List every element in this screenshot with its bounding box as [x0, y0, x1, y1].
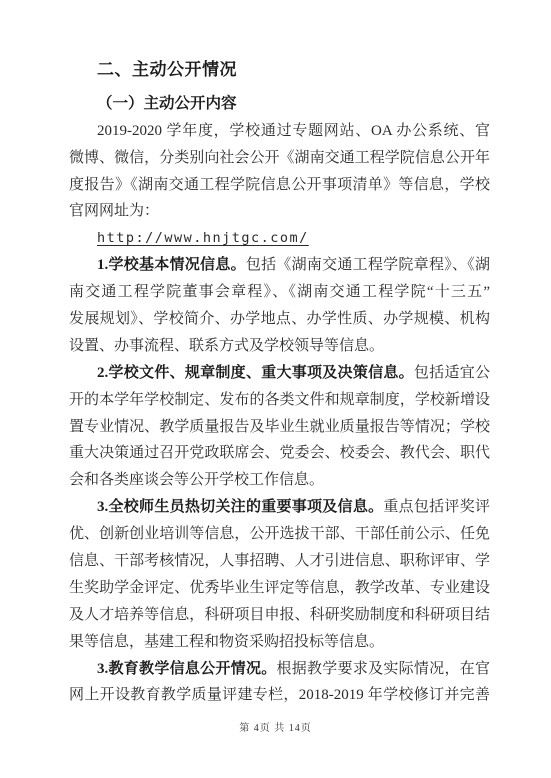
text-line: 果等信息，基建工程和物资采购招投标等信息。	[69, 629, 490, 656]
text-line: 1.学校基本情况信息。包括《湖南交通工程学院章程》、《湖	[69, 252, 490, 279]
text-line: 置专业情况、教学质量报告及毕业生就业质量报告等情况；学校	[69, 414, 490, 441]
bold-text-run: 2.学校文件、规章制度、重大事项及决策信息。	[97, 365, 414, 381]
text-run: 微博、微信，分类别向社会公开《湖南交通工程学院信息公开年	[69, 150, 490, 166]
text-line: 网上开设教育教学质量评建专栏，2018-2019 年学校修订并完善	[69, 682, 490, 709]
text-run: 重点包括评奖评	[383, 499, 490, 515]
text-line: 3.教育教学信息公开情况。根据教学要求及实际情况，在官	[69, 656, 490, 683]
text-run: 果等信息，基建工程和物资采购招投标等信息。	[69, 634, 384, 650]
text-run: 度报告》《湖南交通工程学院信息公开事项清单》等信息，学校	[69, 177, 490, 193]
subsection-heading: （一）主动公开内容	[69, 91, 490, 118]
bold-text-run: （一）主动公开内容	[97, 95, 237, 112]
text-line: 2019-2020 学年度，学校通过专题网站、OA 办公系统、官方	[69, 118, 490, 145]
text-run: 网上开设教育教学质量评建专栏，2018-2019 年学校修订并完善	[69, 687, 490, 703]
text-line: 微博、微信，分类别向社会公开《湖南交通工程学院信息公开年	[69, 145, 490, 172]
text-run: 置专业情况、教学质量报告及毕业生就业质量报告等情况；学校	[69, 419, 490, 435]
text-run: 重大决策通过召开党政联席会、党委会、校委会、教代会、职代	[69, 445, 490, 461]
page-number-footer: 第 4页 共 14页	[0, 719, 551, 734]
text-run: 会和各类座谈会等公开学校工作信息。	[69, 472, 324, 488]
text-run: 开的本学年学校制定、发布的各类文件和规章制度，学校新增设	[69, 392, 490, 408]
text-run: 设置、办事流程、联系方式及学校领导等信息。	[69, 338, 384, 354]
text-line: 3.全校师生员热切关注的重要事项及信息。重点包括评奖评	[69, 494, 490, 521]
text-run: 2019-2020 学年度，学校通过专题网站、OA 办公系统、官方	[69, 123, 490, 145]
text-run: 发展规划》、学校简介、办学地点、办学性质、办学规模、机构	[69, 311, 490, 327]
text-line: 重大决策通过召开党政联席会、党委会、校委会、教代会、职代	[69, 440, 490, 467]
text-run: 官网网址为：	[69, 203, 159, 219]
text-line: 及人才培养等信息，科研项目申报、科研奖励制度和科研项目结	[69, 602, 490, 629]
text-line: 信息、干部考核情况，人事招聘、人才引进信息、职称评审、学	[69, 548, 490, 575]
bold-text-run: 1.学校基本情况信息。	[97, 257, 246, 273]
url-link[interactable]: http://www.hnjtgc.com/	[69, 225, 490, 252]
text-run: 生奖助学金评定、优秀毕业生评定等信息，教学改革、专业建设	[69, 580, 490, 596]
section-heading: 二、主动公开情况	[69, 57, 490, 84]
bold-text-run: 3.全校师生员热切关注的重要事项及信息。	[97, 499, 383, 515]
bold-text-run: 3.教育教学信息公开情况。	[97, 661, 276, 677]
text-line: 2.学校文件、规章制度、重大事项及决策信息。包括适宜公	[69, 360, 490, 387]
bold-text-run: 二、主动公开情况	[97, 60, 237, 79]
text-run: http://www.hnjtgc.com/	[97, 230, 309, 246]
text-line: 设置、办事流程、联系方式及学校领导等信息。	[69, 333, 490, 360]
text-line: 官网网址为：	[69, 198, 490, 225]
text-run: 南交通工程学院董事会章程》、《湖南交通工程学院“十三五”	[69, 284, 490, 300]
text-run: 信息、干部考核情况，人事招聘、人才引进信息、职称评审、学	[69, 553, 490, 569]
text-line: 南交通工程学院董事会章程》、《湖南交通工程学院“十三五”	[69, 279, 490, 306]
text-run: 根据教学要求及实际情况，在官	[276, 661, 490, 677]
text-line: 会和各类座谈会等公开学校工作信息。	[69, 467, 490, 494]
text-run: 包括适宜公	[414, 365, 490, 381]
text-line: 优、创新创业培训等信息，公开选拔干部、干部任前公示、任免	[69, 521, 490, 548]
text-line: 生奖助学金评定、优秀毕业生评定等信息，教学改革、专业建设	[69, 575, 490, 602]
text-run: 优、创新创业培训等信息，公开选拔干部、干部任前公示、任免	[69, 526, 490, 542]
text-run: 包括《湖南交通工程学院章程》、《湖	[246, 257, 490, 273]
page-number-label: 第 4页 共 14页	[239, 723, 312, 734]
document-page: 二、主动公开情况（一）主动公开内容2019-2020 学年度，学校通过专题网站、…	[0, 0, 551, 778]
text-run: 及人才培养等信息，科研项目申报、科研奖励制度和科研项目结	[69, 607, 490, 623]
text-line: 度报告》《湖南交通工程学院信息公开事项清单》等信息，学校	[69, 172, 490, 199]
text-line: 开的本学年学校制定、发布的各类文件和规章制度，学校新增设	[69, 387, 490, 414]
document-content: 二、主动公开情况（一）主动公开内容2019-2020 学年度，学校通过专题网站、…	[69, 57, 490, 709]
text-line: 发展规划》、学校简介、办学地点、办学性质、办学规模、机构	[69, 306, 490, 333]
